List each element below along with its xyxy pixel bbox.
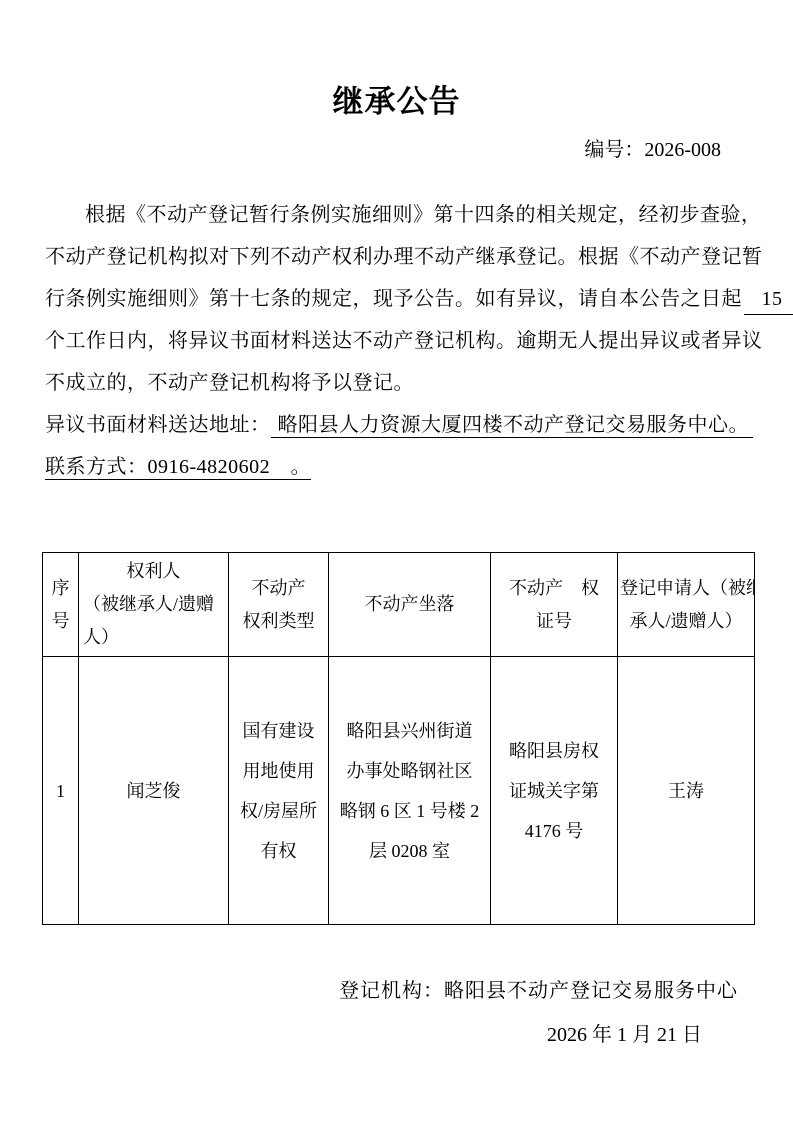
cell-line: 序 — [45, 572, 76, 605]
cell-line: 不动产 — [231, 572, 326, 605]
cell-line: 权/房屋所 — [231, 791, 326, 831]
cell-line: 层 0208 室 — [331, 831, 488, 871]
cell-line: 证号 — [493, 605, 615, 638]
paragraph-line: 行条例实施细则》第十七条的规定，现予公告。如有异议，请自本公告之日起15 — [45, 278, 750, 320]
cell-line: 1 — [45, 771, 76, 811]
paragraph-line: 根据《不动产登记暂行条例实施细则》第十四条的相关规定，经初步查验， — [45, 194, 750, 236]
table-header-cell: 不动产坐落 — [329, 553, 491, 657]
cell-line: 略钢 6 区 1 号楼 2 — [331, 791, 488, 831]
table-cell: 国有建设用地使用权/房屋所有权 — [229, 657, 329, 925]
table-header-cell: 权利人（被继承人/遗赠人） — [79, 553, 229, 657]
table-cell: 略阳县房权证城关字第4176 号 — [491, 657, 618, 925]
paragraph-line: 不成立的，不动产登记机构将予以登记。 — [45, 362, 750, 404]
document-page: 继承公告 编号：2026-008 根据《不动产登记暂行条例实施细则》第十四条的相… — [0, 0, 793, 1122]
cell-line: 人） — [81, 621, 226, 654]
address-line: 异议书面材料送达地址：略阳县人力资源大厦四楼不动产登记交易服务中心。 — [45, 404, 750, 446]
doc-number: 编号：2026-008 — [0, 133, 793, 162]
announcement-paragraph: 根据《不动产登记暂行条例实施细则》第十四条的相关规定，经初步查验，不动产登记机构… — [45, 194, 750, 404]
cell-line: 权利人 — [81, 555, 226, 588]
cell-line: 王涛 — [620, 771, 752, 811]
contact-line: 联系方式：0916-4820602 。 — [45, 446, 750, 488]
address-label: 异议书面材料送达地址： — [45, 414, 271, 436]
contact-value: 联系方式：0916-4820602 。 — [45, 456, 311, 480]
cell-line: 承人/遗赠人） — [620, 605, 752, 638]
table-header-cell: 序号 — [43, 553, 79, 657]
table-row: 1闻芝俊国有建设用地使用权/房屋所有权略阳县兴州街道办事处略钢社区略钢 6 区 … — [43, 657, 755, 925]
cell-line: 国有建设 — [231, 711, 326, 751]
table-body: 1闻芝俊国有建设用地使用权/房屋所有权略阳县兴州街道办事处略钢社区略钢 6 区 … — [43, 657, 755, 925]
table-header-cell: 不动产 权证号 — [491, 553, 618, 657]
table-header-row: 序号权利人（被继承人/遗赠人）不动产权利类型不动产坐落不动产 权证号登记申请人（… — [43, 553, 755, 657]
cell-line: 号 — [45, 605, 76, 638]
table-cell: 1 — [43, 657, 79, 925]
cell-line: 略阳县兴州街道 — [331, 711, 488, 751]
cell-line: 用地使用 — [231, 751, 326, 791]
cell-line: 不动产坐落 — [331, 588, 488, 621]
address-value: 略阳县人力资源大厦四楼不动产登记交易服务中心。 — [271, 414, 754, 438]
paragraph-line: 个工作日内，将异议书面材料送达不动产登记机构。逾期无人提出异议或者异议 — [45, 320, 750, 362]
deadline-days-underlined: 15 — [744, 284, 793, 315]
cell-line: （被继承人/遗赠 — [81, 588, 226, 621]
table-header-cell: 登记申请人（被继承人/遗赠人） — [618, 553, 755, 657]
table-cell: 闻芝俊 — [79, 657, 229, 925]
document-body: 根据《不动产登记暂行条例实施细则》第十四条的相关规定，经初步查验，不动产登记机构… — [45, 194, 750, 1049]
table-header-cell: 不动产权利类型 — [229, 553, 329, 657]
cell-line: 有权 — [231, 831, 326, 871]
cell-line: 权利类型 — [231, 605, 326, 638]
document-title: 继承公告 — [0, 0, 793, 121]
table-cell: 王涛 — [618, 657, 755, 925]
cell-line: 不动产 权 — [493, 572, 615, 605]
registration-org: 登记机构：略阳县不动产登记交易服务中心 — [45, 977, 750, 1005]
cell-line: 办事处略钢社区 — [331, 751, 488, 791]
table-head: 序号权利人（被继承人/遗赠人）不动产权利类型不动产坐落不动产 权证号登记申请人（… — [43, 553, 755, 657]
announcement-table: 序号权利人（被继承人/遗赠人）不动产权利类型不动产坐落不动产 权证号登记申请人（… — [42, 552, 755, 925]
cell-line: 登记申请人（被继 — [620, 572, 752, 605]
table-cell: 略阳县兴州街道办事处略钢社区略钢 6 区 1 号楼 2层 0208 室 — [329, 657, 491, 925]
cell-line: 4176 号 — [493, 811, 615, 851]
cell-line: 略阳县房权 — [493, 731, 615, 771]
announcement-date: 2026 年 1 月 21 日 — [45, 1021, 750, 1049]
cell-line: 闻芝俊 — [81, 771, 226, 811]
paragraph-line: 不动产登记机构拟对下列不动产权利办理不动产继承登记。根据《不动产登记暂 — [45, 236, 750, 278]
cell-line: 证城关字第 — [493, 771, 615, 811]
